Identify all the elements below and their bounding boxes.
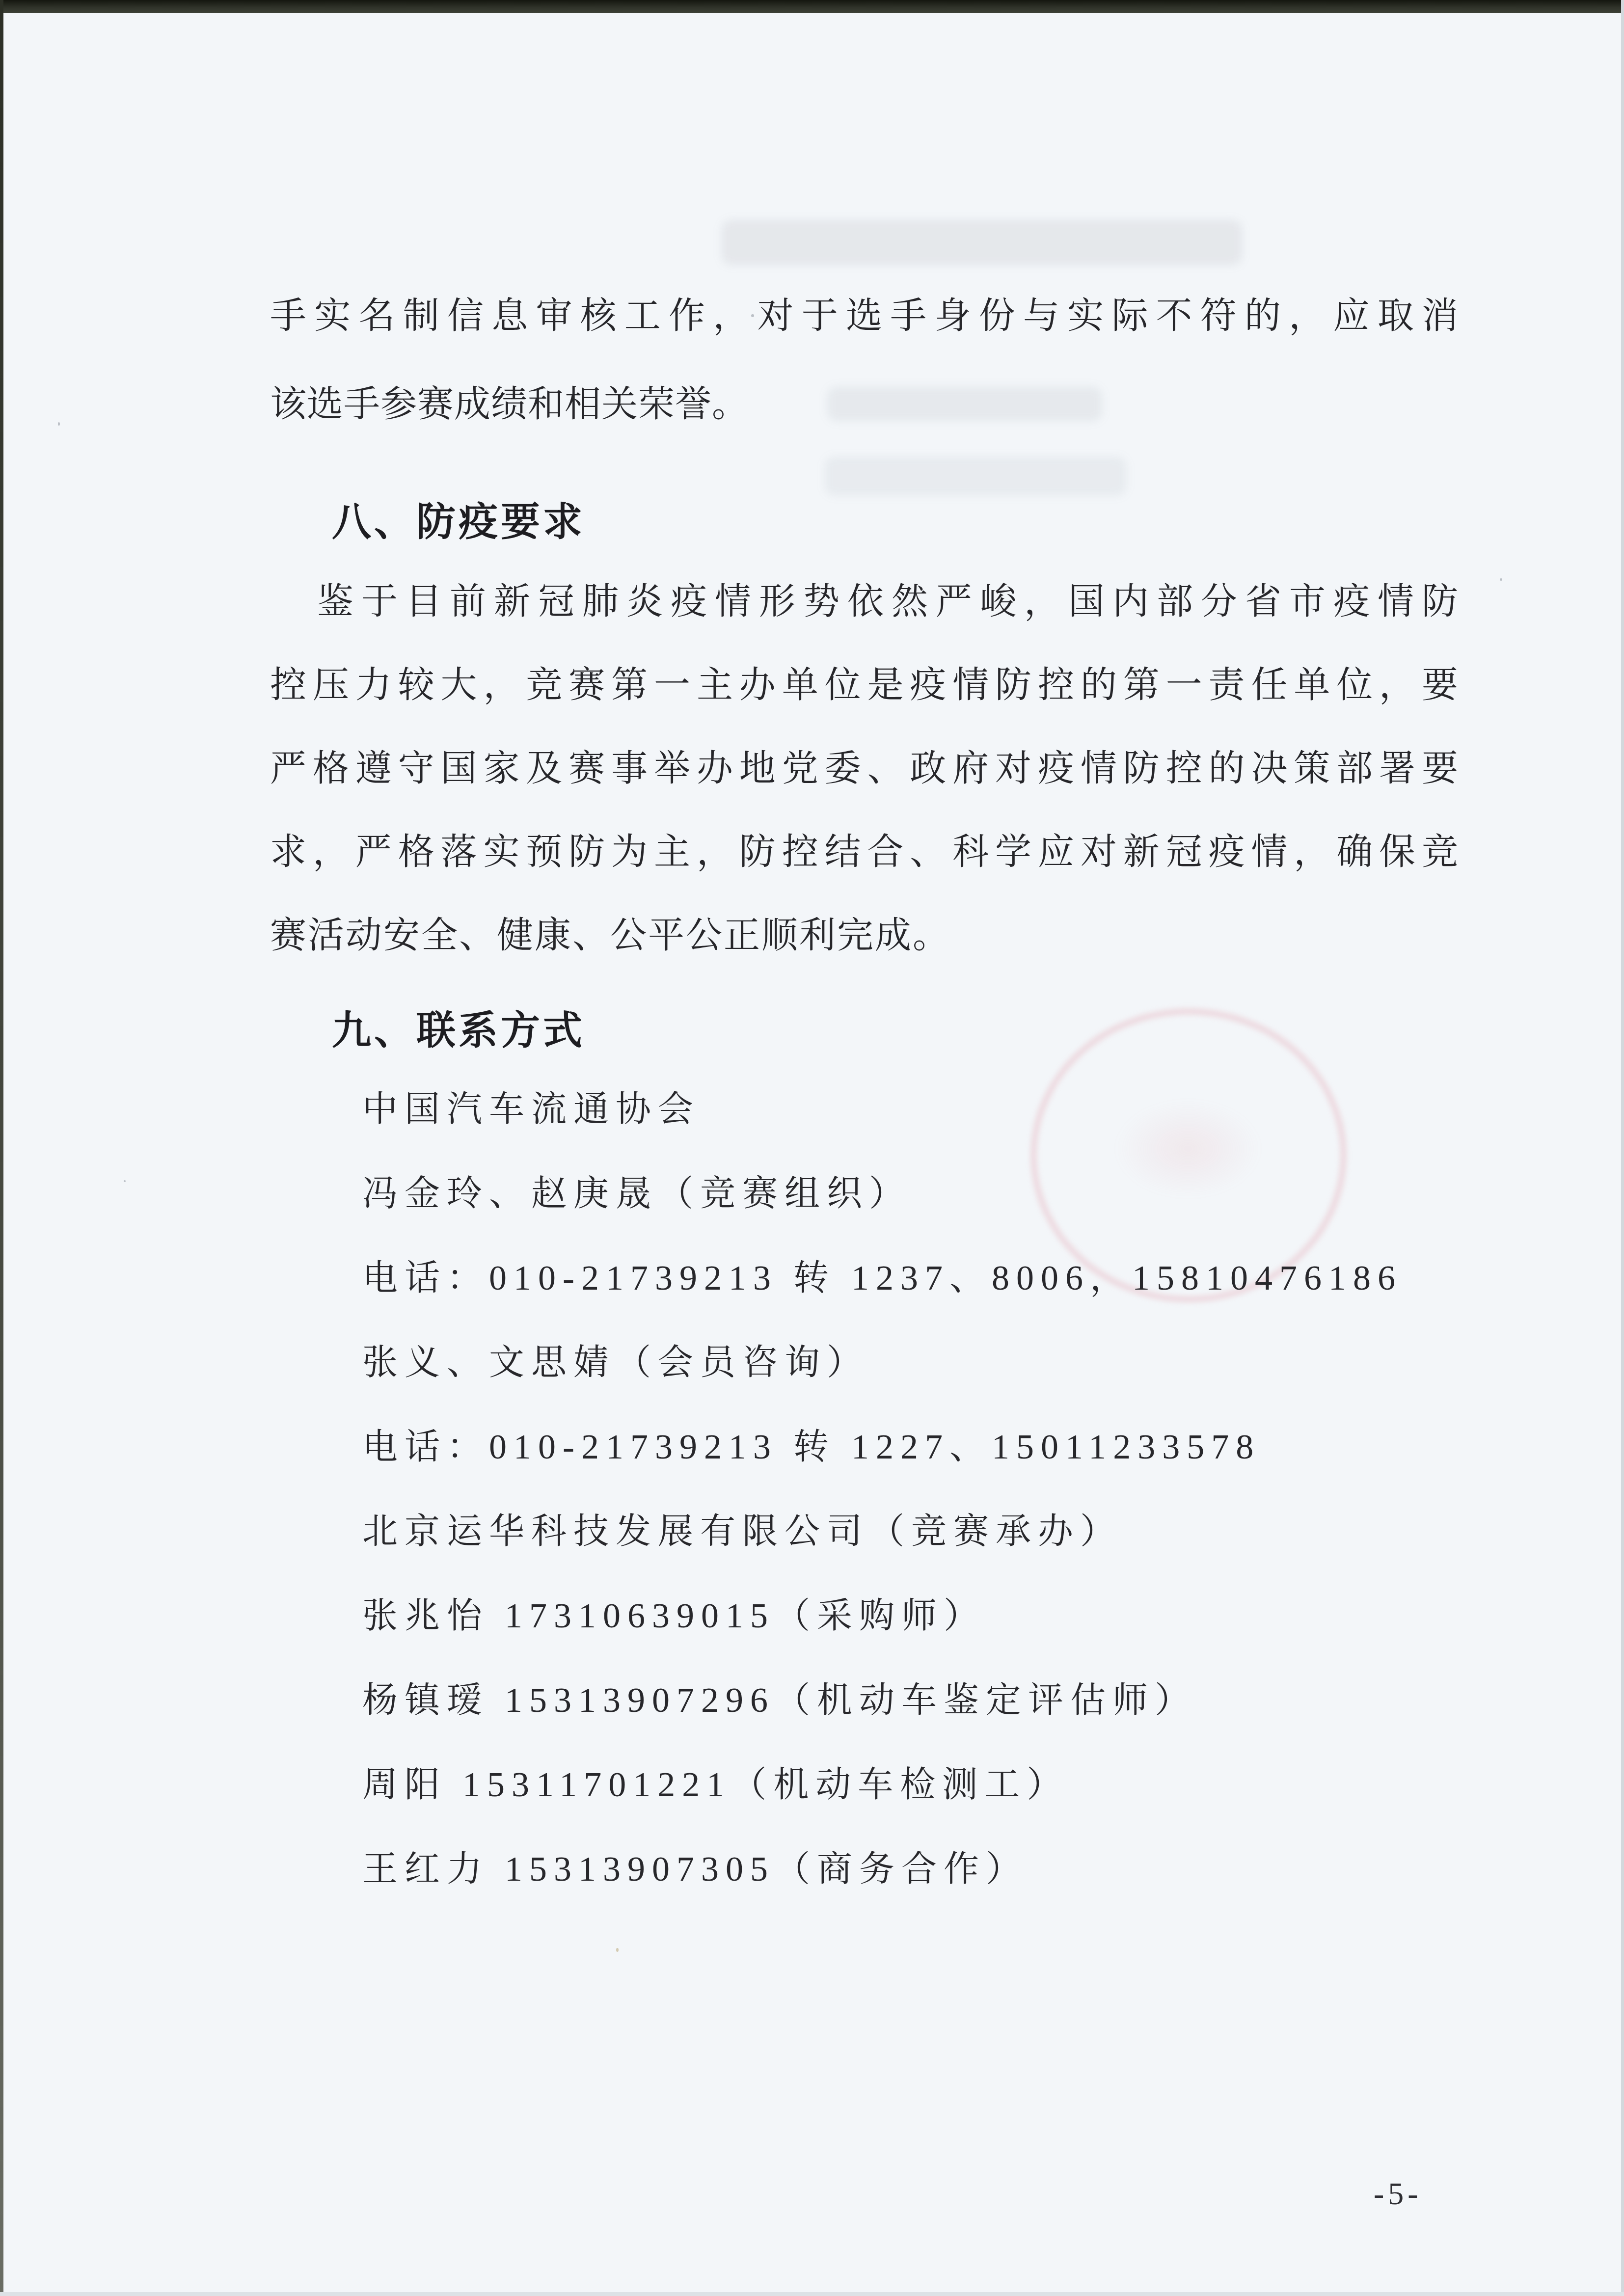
section-8-paragraph-line: 严格遵守国家及赛事举办地党委、政府对疫情防控的决策部署要 xyxy=(270,747,1458,791)
section-8-paragraph-line: 求，严格落实预防为主，防控结合、科学应对新冠疫情，确保竞 xyxy=(270,831,1458,874)
section-9-heading: 九、联系方式 xyxy=(332,999,585,1055)
section-8-paragraph-line: 赛活动安全、健康、公平公正顺利完成。 xyxy=(270,914,950,958)
section-8-paragraph-line: 控压力较大，竞赛第一主办单位是疫情防控的第一责任单位，要 xyxy=(270,664,1458,707)
ghost-bleedthrough-mark xyxy=(722,220,1242,265)
contact-line-purchaser: 张兆怡 17310639015（采购师） xyxy=(362,1587,986,1638)
intro-line-1: 手实名制信息审核工作，对于选手身份与实际不符的，应取消 xyxy=(270,295,1458,338)
scan-edge-top xyxy=(0,0,1624,13)
dust-speck xyxy=(1500,578,1502,581)
contact-line-company: 北京运华科技发展有限公司（竞赛承办） xyxy=(362,1502,1122,1553)
scan-edge-left xyxy=(0,0,3,2296)
dust-speck xyxy=(616,1948,619,1952)
intro-line-2: 该选手参赛成绩和相关荣誉。 xyxy=(270,383,749,427)
section-8-heading: 八、防疫要求 xyxy=(332,490,585,546)
ghost-bleedthrough-mark xyxy=(825,457,1127,496)
page-number: -5- xyxy=(1374,2176,1422,2212)
faint-seal-stamp-center xyxy=(1114,1100,1262,1198)
page-background: 手实名制信息审核工作，对于选手身份与实际不符的，应取消 该选手参赛成绩和相关荣誉… xyxy=(0,0,1624,2296)
scan-edge-right xyxy=(1621,0,1624,2296)
dust-speck xyxy=(58,422,60,426)
contact-line-organizers: 冯金玲、赵庚晟（竞赛组织） xyxy=(362,1164,911,1216)
contact-line-membership: 张义、文思婧（会员咨询） xyxy=(362,1333,869,1384)
scan-edge-bottom xyxy=(0,2292,1624,2296)
section-8-paragraph-line: 鉴于目前新冠肺炎疫情形势依然严峻，国内部分省市疫情防 xyxy=(270,580,1458,624)
contact-line-appraiser: 杨镇瑷 15313907296（机动车鉴定评估师） xyxy=(362,1671,1197,1722)
contact-line-business: 王红力 15313907305（商务合作） xyxy=(362,1840,1028,1891)
ghost-bleedthrough-mark xyxy=(827,387,1102,421)
dust-speck xyxy=(124,1180,126,1182)
contact-line-inspector: 周阳 15311701221（机动车检测工） xyxy=(362,1756,1069,1807)
contact-line-phone-1: 电话：010-21739213 转 1237、8006，15810476186 xyxy=(362,1249,1402,1300)
contact-line-phone-2: 电话：010-21739213 转 1227、15011233578 xyxy=(362,1418,1260,1469)
contact-line-association: 中国汽车流通协会 xyxy=(362,1080,700,1131)
scanned-document-page: { "page": { "background_color": "#f3f6f9… xyxy=(0,0,1624,2296)
dust-speck xyxy=(751,314,754,317)
